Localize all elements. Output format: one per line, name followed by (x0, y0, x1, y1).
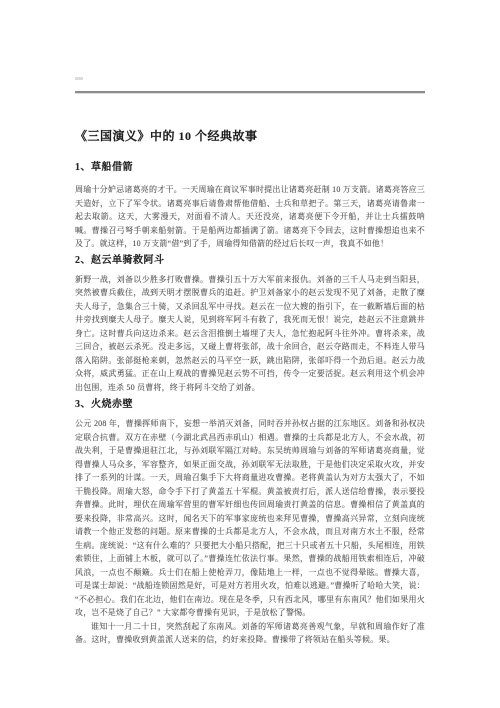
section-caochuanjiejian: 1、草船借箭 周瑜十分妒忌诸葛亮的才干。一天周瑜在商议军事时提出让诸葛亮赶制 1… (75, 161, 425, 251)
section-3-paragraph-2: 谁知十一月二十日，突然刮起了东南风。刘备的军师诸葛亮善观气象，早就和周瑜作好了准… (75, 620, 425, 647)
header-dash-mark (75, 77, 83, 80)
document-page: 《三国演义》中的 10 个经典故事 1、草船借箭 周瑜十分妒忌诸葛亮的才干。一天… (75, 0, 425, 647)
section-3-heading: 3、火烧赤壁 (75, 398, 425, 412)
section-3-paragraph-1: 公元 208 年，曹操挥师南下，妄想一举消灭刘备，同时吞并孙权占据的江东地区。刘… (75, 417, 425, 620)
section-zhaoyun: 2、赵云单骑救阿斗 新野一战，刘备以少胜多打败曹操。曹操引五十万大军前来报仇。刘… (75, 254, 425, 395)
section-2-heading: 2、赵云单骑救阿斗 (75, 254, 425, 268)
section-huoshaochibi: 3、火烧赤壁 公元 208 年，曹操挥师南下，妄想一举消灭刘备，同时吞并孙权占据… (75, 398, 425, 647)
page-title: 《三国演义》中的 10 个经典故事 (75, 128, 425, 144)
header-rule (75, 91, 425, 93)
section-1-heading: 1、草船借箭 (75, 161, 425, 175)
document-canvas: 《三国演义》中的 10 个经典故事 1、草船借箭 周瑜十分妒忌诸葛亮的才干。一天… (0, 0, 500, 708)
section-2-paragraph: 新野一战，刘备以少胜多打败曹操。曹操引五十万大军前来报仇。刘备的三千人马走到当阳… (75, 273, 425, 395)
section-1-paragraph: 周瑜十分妒忌诸葛亮的才干。一天周瑜在商议军事时提出让诸葛亮赶制 10 万支箭。诸… (75, 183, 425, 251)
